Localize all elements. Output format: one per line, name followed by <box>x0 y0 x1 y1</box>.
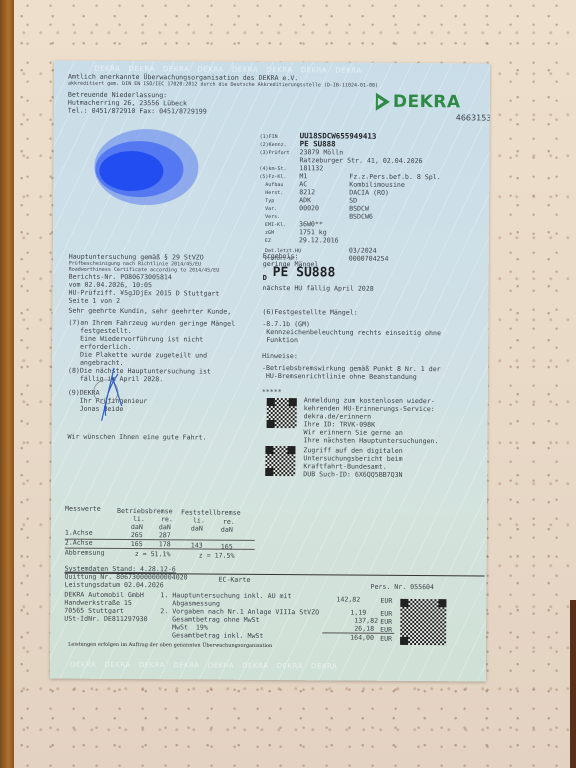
dekra-logo: DEKRA <box>376 93 461 112</box>
reminder-qr-code[interactable] <box>267 398 297 428</box>
accreditation: akkreditiert gem. DIN EN ISO/IEC 17020:2… <box>68 81 378 89</box>
inspection-certificate: DEKRA DEKRA DEKRA DEKRA DEKRA DEKRA DEKR… <box>50 60 490 681</box>
personnel-number: Pers. Nr. 055604 <box>370 583 434 591</box>
page-indicator: Seite 1 von 2 <box>68 297 120 305</box>
next-inspection-due: nächste HU fällig April 2028 <box>263 284 374 293</box>
mileage: 181132 <box>299 164 323 172</box>
license-plate: PE SU888 <box>273 269 336 277</box>
service-brake-deceleration: z = 51.1% <box>135 550 171 558</box>
salutation: Sehr geehrte Kundin, sehr geehrter Kunde… <box>68 307 231 316</box>
signature-stamp <box>92 366 132 426</box>
closing-line: Wir wünschen Ihnen eine gute Fahrt. <box>68 433 207 442</box>
plate-small: PE SU888 <box>300 140 336 148</box>
desk-edge-right <box>570 600 576 768</box>
watermark: DEKRA DEKRA DEKRA DEKRA DEKRA DEKRA DEKR… <box>70 661 337 671</box>
document-number: 466315319 <box>456 114 490 122</box>
digital-report-qr-code[interactable] <box>265 446 295 476</box>
total-amount: 164,00 <box>350 634 374 642</box>
dekra-arrow-icon <box>376 93 390 111</box>
invoice-qr-code[interactable] <box>400 599 446 645</box>
parking-brake-deceleration: z = 17.5% <box>199 552 235 560</box>
redaction-blob <box>91 127 200 214</box>
desk-edge-left <box>0 0 14 768</box>
branch-phone: Tel.: 0451/872910 Fax: 0451/8729199 <box>68 107 207 116</box>
payment-method: EC-Karte <box>219 576 251 584</box>
footer-note: Leistungen erfolgen im Auftrag der oben … <box>68 641 272 650</box>
